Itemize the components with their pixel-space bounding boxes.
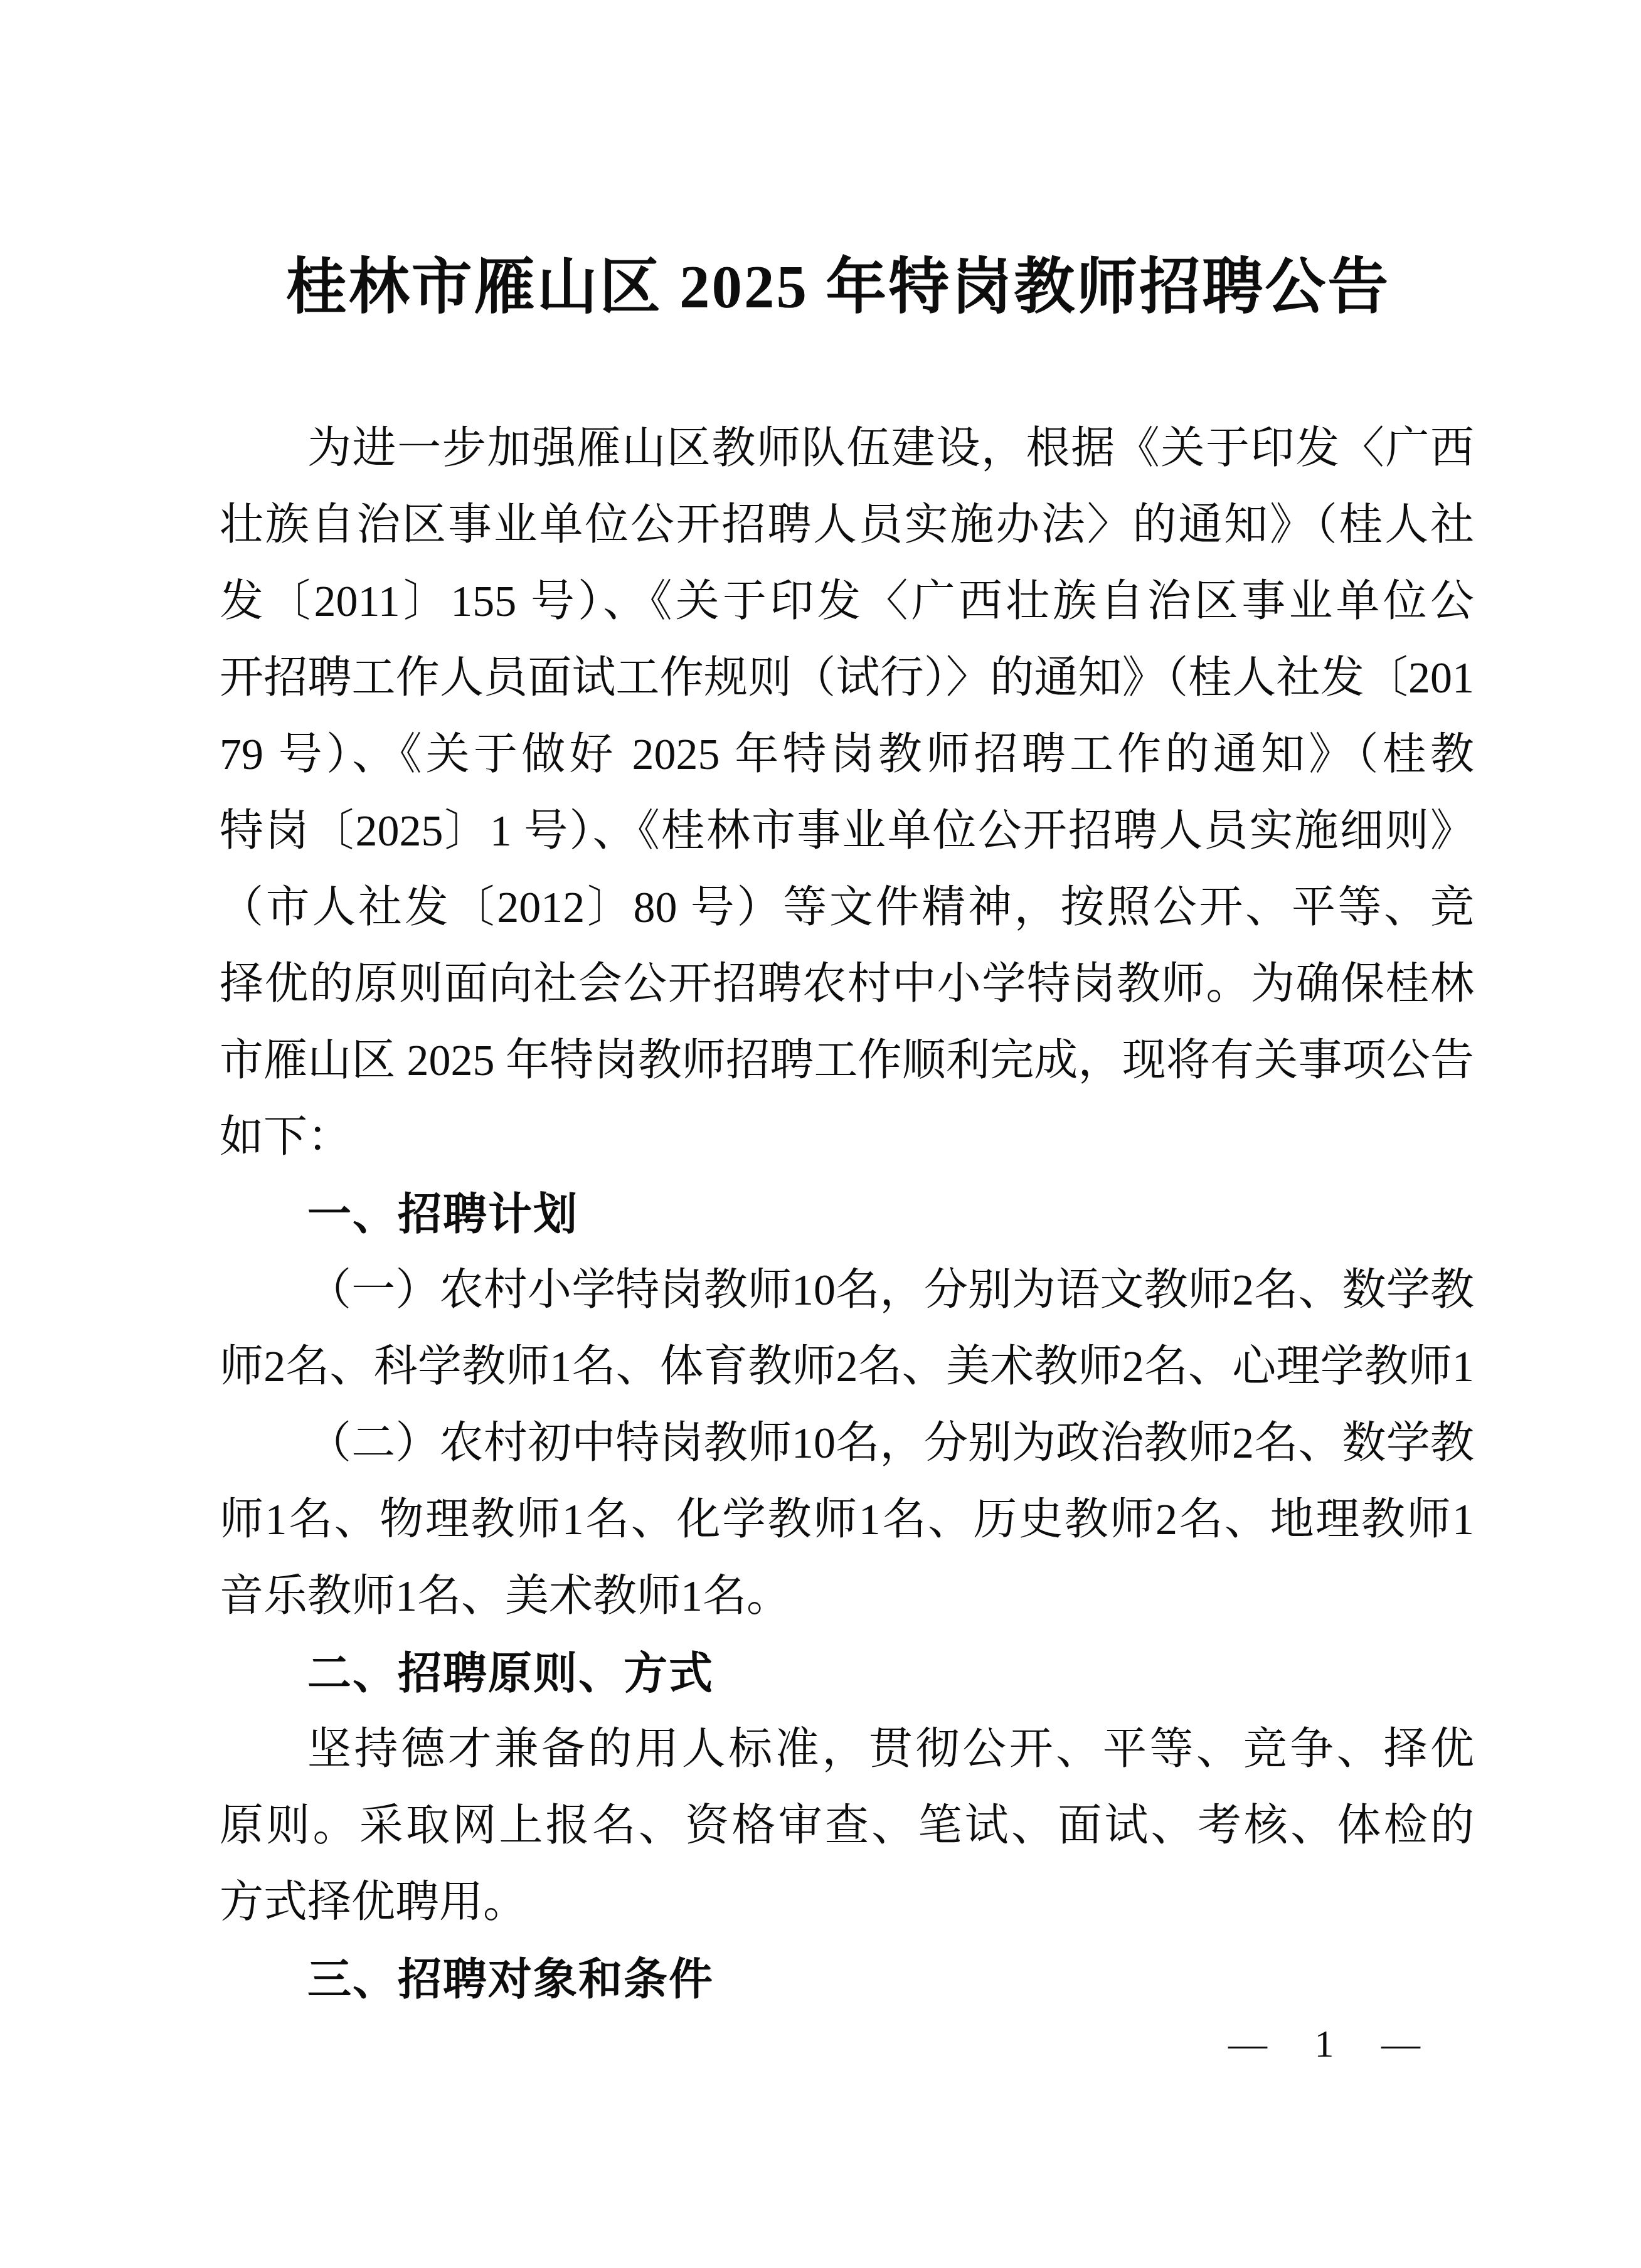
body-line: 择优的原则面向社会公开招聘农村中小学特岗教师。为确保桂林	[220, 946, 1474, 1023]
body-line: 开招聘工作人员面试工作规则（试行）〉的通知》（桂人社发〔2012〕	[220, 640, 1474, 717]
body-line: 坚持德才兼备的用人标准，贯彻公开、平等、竞争、择优	[220, 1712, 1474, 1788]
body-line: 原则。采取网上报名、资格审查、笔试、面试、考核、体检的	[220, 1788, 1474, 1865]
page-title: 桂林市雁山区 2025 年特岗教师招聘公告	[18, 250, 1641, 325]
body-line: 特岗〔2025〕1 号）、《桂林市事业单位公开招聘人员实施细则》	[220, 793, 1474, 870]
body-line: 市雁山区 2025 年特岗教师招聘工作顺利完成，现将有关事项公告	[220, 1023, 1474, 1100]
body-line: 79 号）、《关于做好 2025 年特岗教师招聘工作的通知》（桂教	[220, 717, 1474, 793]
body-line: 壮族自治区事业单位公开招聘人员实施办法〉的通知》（桂人社	[220, 487, 1474, 564]
section-heading: 一、招聘计划	[220, 1176, 1474, 1253]
body-line: 为进一步加强雁山区教师队伍建设，根据《关于印发〈广西	[220, 411, 1474, 487]
document-page: 桂林市雁山区 2025 年特岗教师招聘公告 为进一步加强雁山区教师队伍建设，根据…	[0, 0, 1641, 2268]
body-line: 发〔2011〕155 号）、《关于印发〈广西壮族自治区事业单位公	[220, 564, 1474, 640]
body-line: 方式择优聘用。	[220, 1865, 1474, 1941]
body-line: （市人社发〔2012〕80 号）等文件精神，按照公开、平等、竞争、	[220, 870, 1474, 946]
page-number: — 1 —	[1228, 2023, 1430, 2065]
section-heading: 三、招聘对象和条件	[220, 1941, 1474, 2018]
body-line: 师2名、科学教师1名、体育教师2名、美术教师2名、心理学教师1名。	[220, 1329, 1474, 1406]
body-line: 音乐教师1名、美术教师1名。	[220, 1559, 1474, 1635]
body-line: 师1名、物理教师1名、化学教师1名、历史教师2名、地理教师1名、	[220, 1482, 1474, 1559]
body-line: （一）农村小学特岗教师10名，分别为语文教师2名、数学教	[220, 1253, 1474, 1329]
document-body: 为进一步加强雁山区教师队伍建设，根据《关于印发〈广西 壮族自治区事业单位公开招聘…	[220, 411, 1474, 2018]
body-line: （二）农村初中特岗教师10名，分别为政治教师2名、数学教	[220, 1406, 1474, 1482]
body-line: 如下：	[220, 1100, 1474, 1176]
section-heading: 二、招聘原则、方式	[220, 1635, 1474, 1712]
